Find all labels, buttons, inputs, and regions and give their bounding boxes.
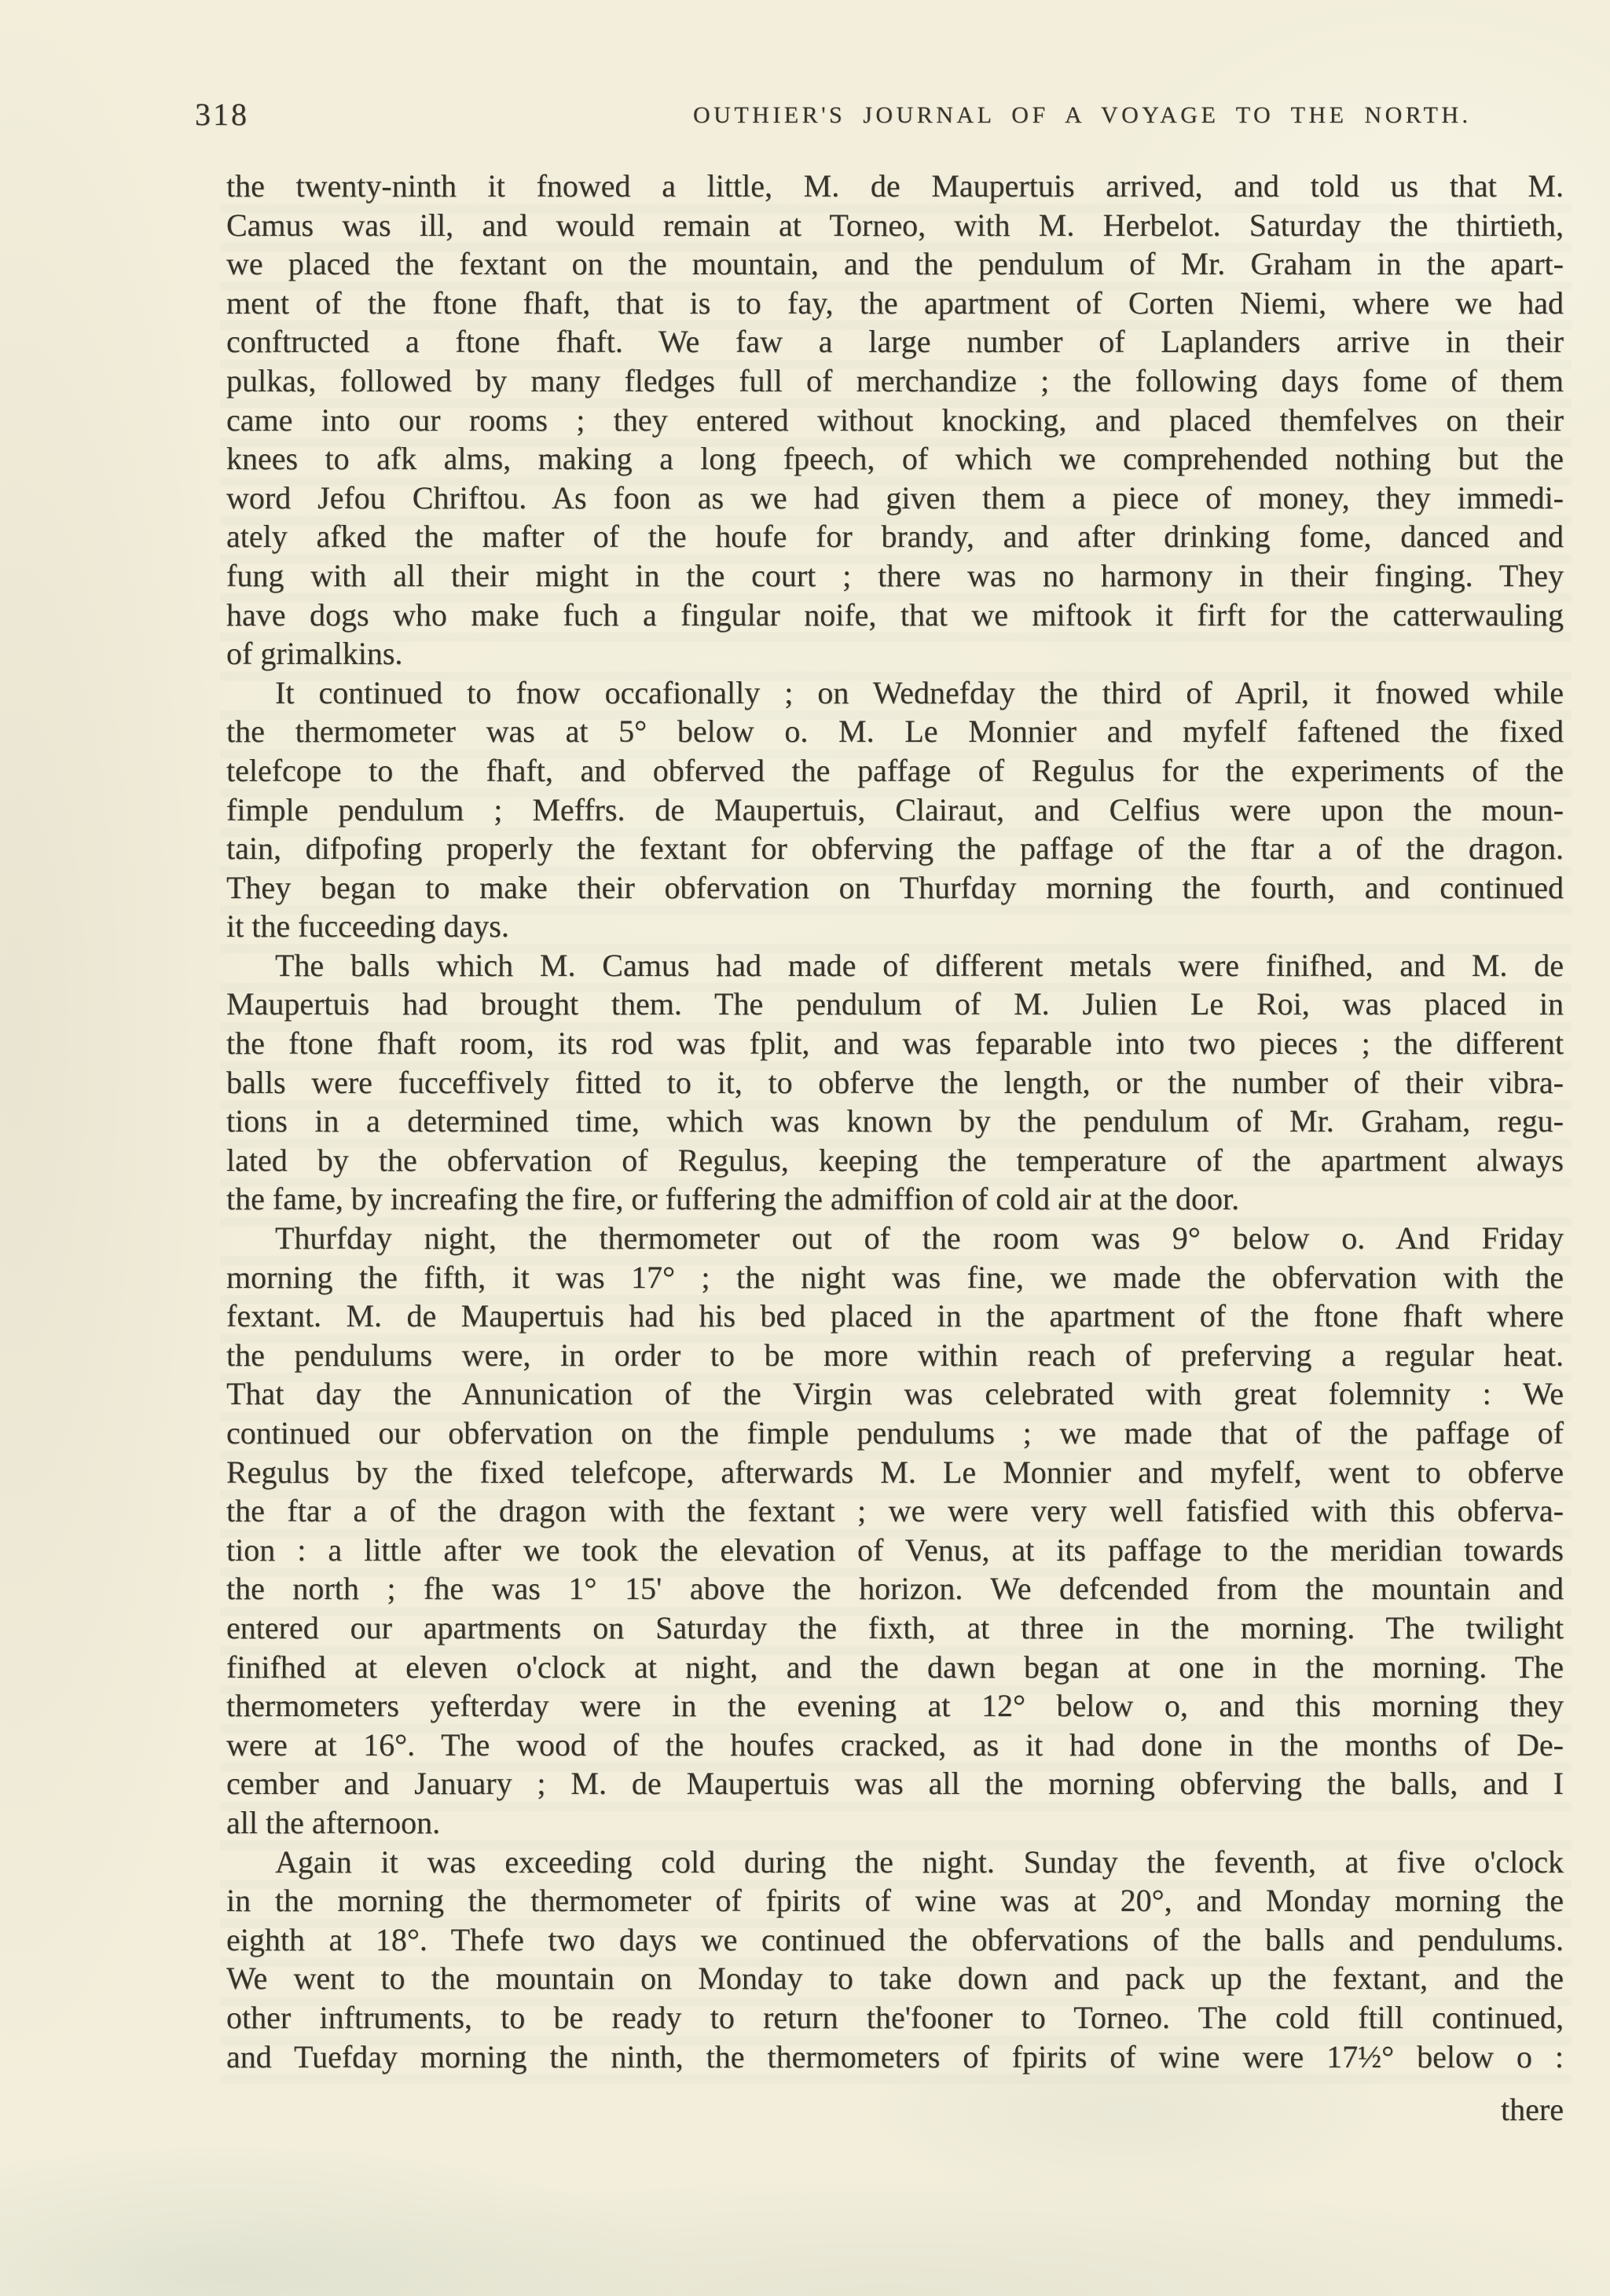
text-line: telefcope to the fhaft, and obferved the… (226, 751, 1564, 790)
text-line: other inftruments, to be ready to return… (226, 1998, 1564, 2037)
catchword: there (1501, 2090, 1564, 2129)
text-line: thermometers yefterday were in the eveni… (226, 1686, 1564, 1726)
running-header-title: OUTHIER'S JOURNAL OF A VOYAGE TO THE NOR… (693, 102, 1472, 129)
text-line: we placed the fextant on the mountain, a… (226, 244, 1564, 284)
text-line: Maupertuis had brought them. The pendulu… (226, 985, 1564, 1024)
text-line: Again it was exceeding cold during the n… (226, 1843, 1564, 1882)
text-line: the twenty-ninth it fnowed a little, M. … (226, 167, 1564, 206)
text-line: The balls which M. Camus had made of dif… (226, 946, 1564, 985)
text-line: word Jefou Chriftou. As foon as we had g… (226, 479, 1564, 518)
text-line: all the afternoon. (226, 1803, 1564, 1843)
text-line: the pendulums were, in order to be more … (226, 1336, 1564, 1375)
text-line: They began to make their obfervation on … (226, 868, 1564, 908)
text-line: the fame, by increafing the fire, or fuf… (226, 1179, 1564, 1219)
page-number: 318 (195, 96, 249, 133)
text-line: pulkas, followed by many fledges full of… (226, 361, 1564, 401)
text-line: finifhed at eleven o'clock at night, and… (226, 1648, 1564, 1687)
text-line: in the morning the thermometer of fpirit… (226, 1881, 1564, 1920)
text-line: balls were fucceffively fitted to it, to… (226, 1063, 1564, 1102)
text-line: the north ; fhe was 1° 15' above the hor… (226, 1569, 1564, 1608)
paragraph: The balls which M. Camus had made of dif… (226, 946, 1564, 1219)
text-line: ment of the ftone fhaft, that is to fay,… (226, 284, 1564, 323)
text-line: tions in a determined time, which was kn… (226, 1102, 1564, 1141)
text-line: of grimalkins. (226, 634, 1564, 673)
text-line: lated by the obfervation of Regulus, kee… (226, 1141, 1564, 1180)
text-line: We went to the mountain on Monday to tak… (226, 1959, 1564, 1998)
running-header: 318 OUTHIER'S JOURNAL OF A VOYAGE TO THE… (0, 93, 1610, 140)
scanned-book-page: { "page": { "number": "318", "running_he… (0, 0, 1610, 2296)
text-line: fimple pendulum ; Meffrs. de Maupertuis,… (226, 790, 1564, 830)
text-line: That day the Annunication of the Virgin … (226, 1374, 1564, 1414)
paragraph: It continued to fnow occafionally ; on W… (226, 673, 1564, 946)
text-line: Thurfday night, the thermometer out of t… (226, 1219, 1564, 1258)
text-line: fung with all their might in the court ;… (226, 556, 1564, 596)
text-line: the ftone fhaft room, its rod was fplit,… (226, 1024, 1564, 1063)
text-line: the ftar a of the dragon with the fextan… (226, 1491, 1564, 1531)
body-text: the twenty-ninth it fnowed a little, M. … (226, 167, 1564, 2076)
paragraph: Thurfday night, the thermometer out of t… (226, 1219, 1564, 1843)
paragraph: the twenty-ninth it fnowed a little, M. … (226, 167, 1564, 673)
paragraph: Again it was exceeding cold during the n… (226, 1843, 1564, 2077)
text-line: have dogs who make fuch a fingular noife… (226, 596, 1564, 635)
text-line: the thermometer was at 5° below o. M. Le… (226, 712, 1564, 751)
text-line: Regulus by the fixed telefcope, afterwar… (226, 1453, 1564, 1492)
text-line: eighth at 18°. Thefe two days we continu… (226, 1920, 1564, 1960)
text-line: morning the fifth, it was 17° ; the nigh… (226, 1258, 1564, 1297)
text-line: it the fucceeding days. (226, 907, 1564, 946)
text-line: and Tuefday morning the ninth, the therm… (226, 2037, 1564, 2077)
text-line: came into our rooms ; they entered witho… (226, 401, 1564, 440)
text-line: ately afked the mafter of the houfe for … (226, 517, 1564, 556)
text-line: tion : a little after we took the elevat… (226, 1531, 1564, 1570)
text-line: Camus was ill, and would remain at Torne… (226, 206, 1564, 245)
text-line: were at 16°. The wood of the houfes crac… (226, 1726, 1564, 1765)
text-line: cember and January ; M. de Maupertuis wa… (226, 1764, 1564, 1803)
text-line: entered our apartments on Saturday the f… (226, 1608, 1564, 1648)
text-line: tain, difpofing properly the fextant for… (226, 829, 1564, 868)
text-line: conftructed a ftone fhaft. We faw a larg… (226, 322, 1564, 361)
text-line: fextant. M. de Maupertuis had his bed pl… (226, 1297, 1564, 1336)
text-line: continued our obfervation on the fimple … (226, 1414, 1564, 1453)
text-line: It continued to fnow occafionally ; on W… (226, 673, 1564, 713)
text-line: knees to afk alms, making a long fpeech,… (226, 439, 1564, 479)
